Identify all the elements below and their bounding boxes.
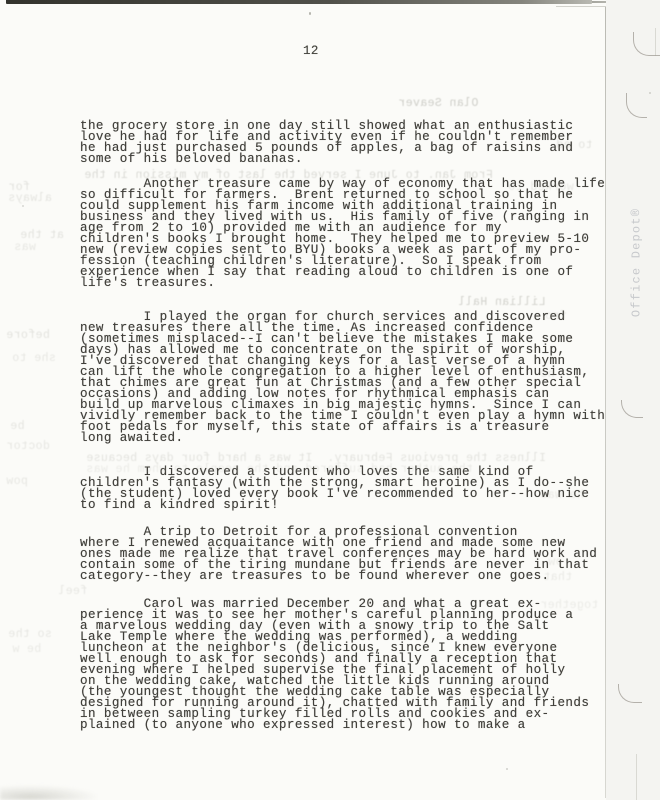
bleedthrough-text: be w xyxy=(12,643,41,656)
bleedthrough-text: be xyxy=(10,420,25,433)
paragraph: A trip to Detroit for a professional con… xyxy=(80,527,597,582)
bleedthrough-text: together xyxy=(540,599,598,612)
scan-top-edge-bar xyxy=(6,0,592,4)
paragraph: the grocery store in one day still showe… xyxy=(80,121,573,165)
paragraph: Carol was married December 20 and what a… xyxy=(80,599,589,731)
bleedthrough-text: Olan Seaver xyxy=(398,97,478,110)
bleedthrough-text: before xyxy=(6,329,50,342)
bleedthrough-text: always xyxy=(8,192,52,205)
bleedthrough-text: that xyxy=(543,571,572,584)
bleedthrough-text: feel xyxy=(58,585,87,598)
scan-speck xyxy=(22,205,24,207)
bleedthrough-text: pow xyxy=(6,475,28,488)
scan-speck xyxy=(309,12,311,15)
bleedthrough-text: worked to xyxy=(508,181,574,194)
scan-speck xyxy=(649,92,651,94)
bleedthrough-text: ow xyxy=(548,556,563,569)
paragraph: Another treasure came by way of economy … xyxy=(80,179,605,289)
paragraph: I played the organ for church services a… xyxy=(80,312,605,444)
corner-shadow xyxy=(0,785,100,800)
page-number: 12 xyxy=(303,44,319,58)
bleedthrough-text: the author had suffered and the people t… xyxy=(86,463,473,476)
bleedthrough-text: fro xyxy=(545,310,567,323)
scan-speck xyxy=(506,768,508,770)
page-top-edge xyxy=(556,6,606,7)
bleedthrough-text: From Jan. to June I served the last of m… xyxy=(84,169,493,182)
bleedthrough-text: she to xyxy=(12,352,56,365)
bleedthrough-text: to ed xyxy=(556,139,593,152)
bleedthrough-text: doctor xyxy=(6,440,50,453)
sheet-edge-sliver-bottom xyxy=(636,754,637,800)
bleedthrough-text: nc xyxy=(540,368,555,381)
scanned-typewritten-page: Office Depot® 12 the grocery store in on… xyxy=(0,0,660,800)
bleedthrough-text: so the xyxy=(8,628,52,641)
backing-sheet-brand-text: Office Depot® xyxy=(630,203,645,323)
bleedthrough-text: was xyxy=(14,241,36,254)
bleedthrough-text: he was xyxy=(540,489,584,502)
bleedthrough-text: Lillian Hall xyxy=(458,296,546,309)
